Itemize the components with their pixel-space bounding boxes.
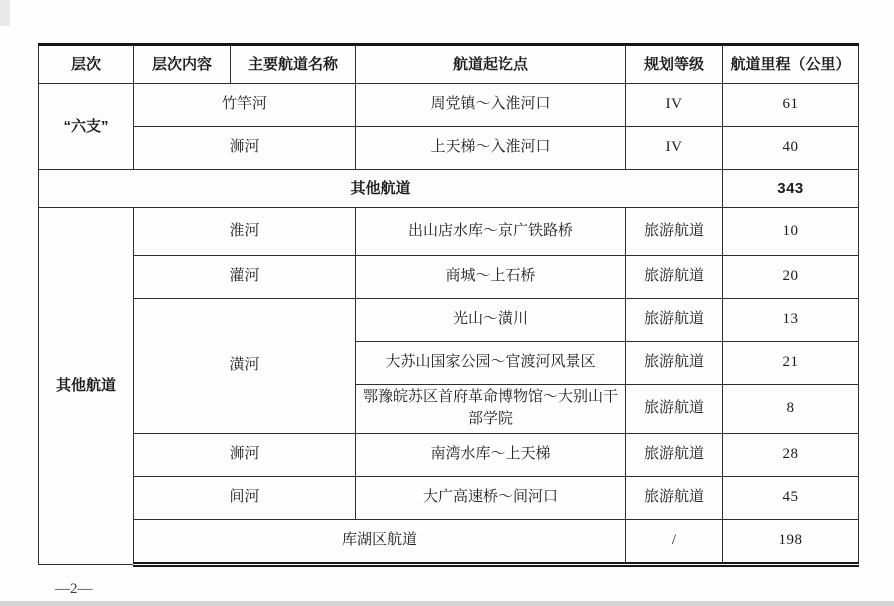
cell-route: 商城～上石桥: [356, 256, 626, 299]
header-level: 层次: [39, 45, 134, 84]
cell-reservoir-lake-waterways: 库湖区航道: [134, 520, 626, 565]
cell-grade: 旅游航道: [626, 477, 723, 520]
table-row: 灌河 商城～上石桥 旅游航道 20: [39, 256, 859, 299]
cell-river-name: 潢河: [134, 299, 356, 434]
cell-level-other-waterways: 其他航道: [39, 208, 134, 565]
header-level-content: 层次内容: [134, 45, 231, 84]
cell-grade: 旅游航道: [626, 434, 723, 477]
cell-mileage-total: 343: [723, 170, 859, 208]
cell-mileage: 20: [723, 256, 859, 299]
cell-route: 大广高速桥～间河口: [356, 477, 626, 520]
document-page: 层次 层次内容 主要航道名称 航道起讫点 规划等级 航道里程（公里） “六支” …: [0, 0, 894, 606]
table-row: 浉河 南湾水库～上天梯 旅游航道 28: [39, 434, 859, 477]
scan-edge-artifact: [0, 0, 10, 26]
cell-river-name: 竹竿河: [134, 84, 356, 127]
cell-river-name: 淮河: [134, 208, 356, 256]
cell-route: 上天梯～入淮河口: [356, 127, 626, 170]
cell-grade: IV: [626, 84, 723, 127]
cell-grade: /: [626, 520, 723, 565]
table-row: “六支” 竹竿河 周党镇～入淮河口 IV 61: [39, 84, 859, 127]
cell-grade: 旅游航道: [626, 342, 723, 385]
cell-grade: 旅游航道: [626, 208, 723, 256]
cell-grade: 旅游航道: [626, 256, 723, 299]
cell-grade: 旅游航道: [626, 385, 723, 434]
table-row: 其他航道 淮河 出山店水库～京广铁路桥 旅游航道 10: [39, 208, 859, 256]
cell-mileage: 13: [723, 299, 859, 342]
header-mileage-km: 航道里程（公里）: [723, 45, 859, 84]
cell-route: 周党镇～入淮河口: [356, 84, 626, 127]
cell-river-name: 浉河: [134, 127, 356, 170]
cell-grade: 旅游航道: [626, 299, 723, 342]
header-main-waterway-name: 主要航道名称: [231, 45, 356, 84]
cell-other-waterways-summary: 其他航道: [39, 170, 723, 208]
cell-route: 大苏山国家公园～官渡河风景区: [356, 342, 626, 385]
cell-river-name: 灌河: [134, 256, 356, 299]
cell-mileage: 21: [723, 342, 859, 385]
cell-mileage: 40: [723, 127, 859, 170]
cell-mileage: 10: [723, 208, 859, 256]
cell-mileage: 45: [723, 477, 859, 520]
table-row: 浉河 上天梯～入淮河口 IV 40: [39, 127, 859, 170]
header-route-endpoints: 航道起讫点: [356, 45, 626, 84]
cell-river-name: 浉河: [134, 434, 356, 477]
cell-level-six-branches: “六支”: [39, 84, 134, 170]
waterway-table: 层次 层次内容 主要航道名称 航道起讫点 规划等级 航道里程（公里） “六支” …: [38, 43, 859, 567]
cell-mileage: 198: [723, 520, 859, 565]
cell-route: 鄂豫皖苏区首府革命博物馆～大别山干部学院: [356, 385, 626, 434]
cell-mileage: 8: [723, 385, 859, 434]
table-row: 库湖区航道 / 198: [39, 520, 859, 565]
table-row: 间河 大广高速桥～间河口 旅游航道 45: [39, 477, 859, 520]
cell-mileage: 28: [723, 434, 859, 477]
scan-bottom-edge: [0, 601, 894, 606]
table-subtotal-row: 其他航道 343: [39, 170, 859, 208]
cell-river-name: 间河: [134, 477, 356, 520]
cell-route: 出山店水库～京广铁路桥: [356, 208, 626, 256]
cell-mileage: 61: [723, 84, 859, 127]
table-header-row: 层次 层次内容 主要航道名称 航道起讫点 规划等级 航道里程（公里）: [39, 45, 859, 84]
header-planning-grade: 规划等级: [626, 45, 723, 84]
page-number: —2—: [55, 581, 93, 598]
cell-grade: IV: [626, 127, 723, 170]
cell-route: 光山～潢川: [356, 299, 626, 342]
table-row: 潢河 光山～潢川 旅游航道 13: [39, 299, 859, 342]
cell-route: 南湾水库～上天梯: [356, 434, 626, 477]
